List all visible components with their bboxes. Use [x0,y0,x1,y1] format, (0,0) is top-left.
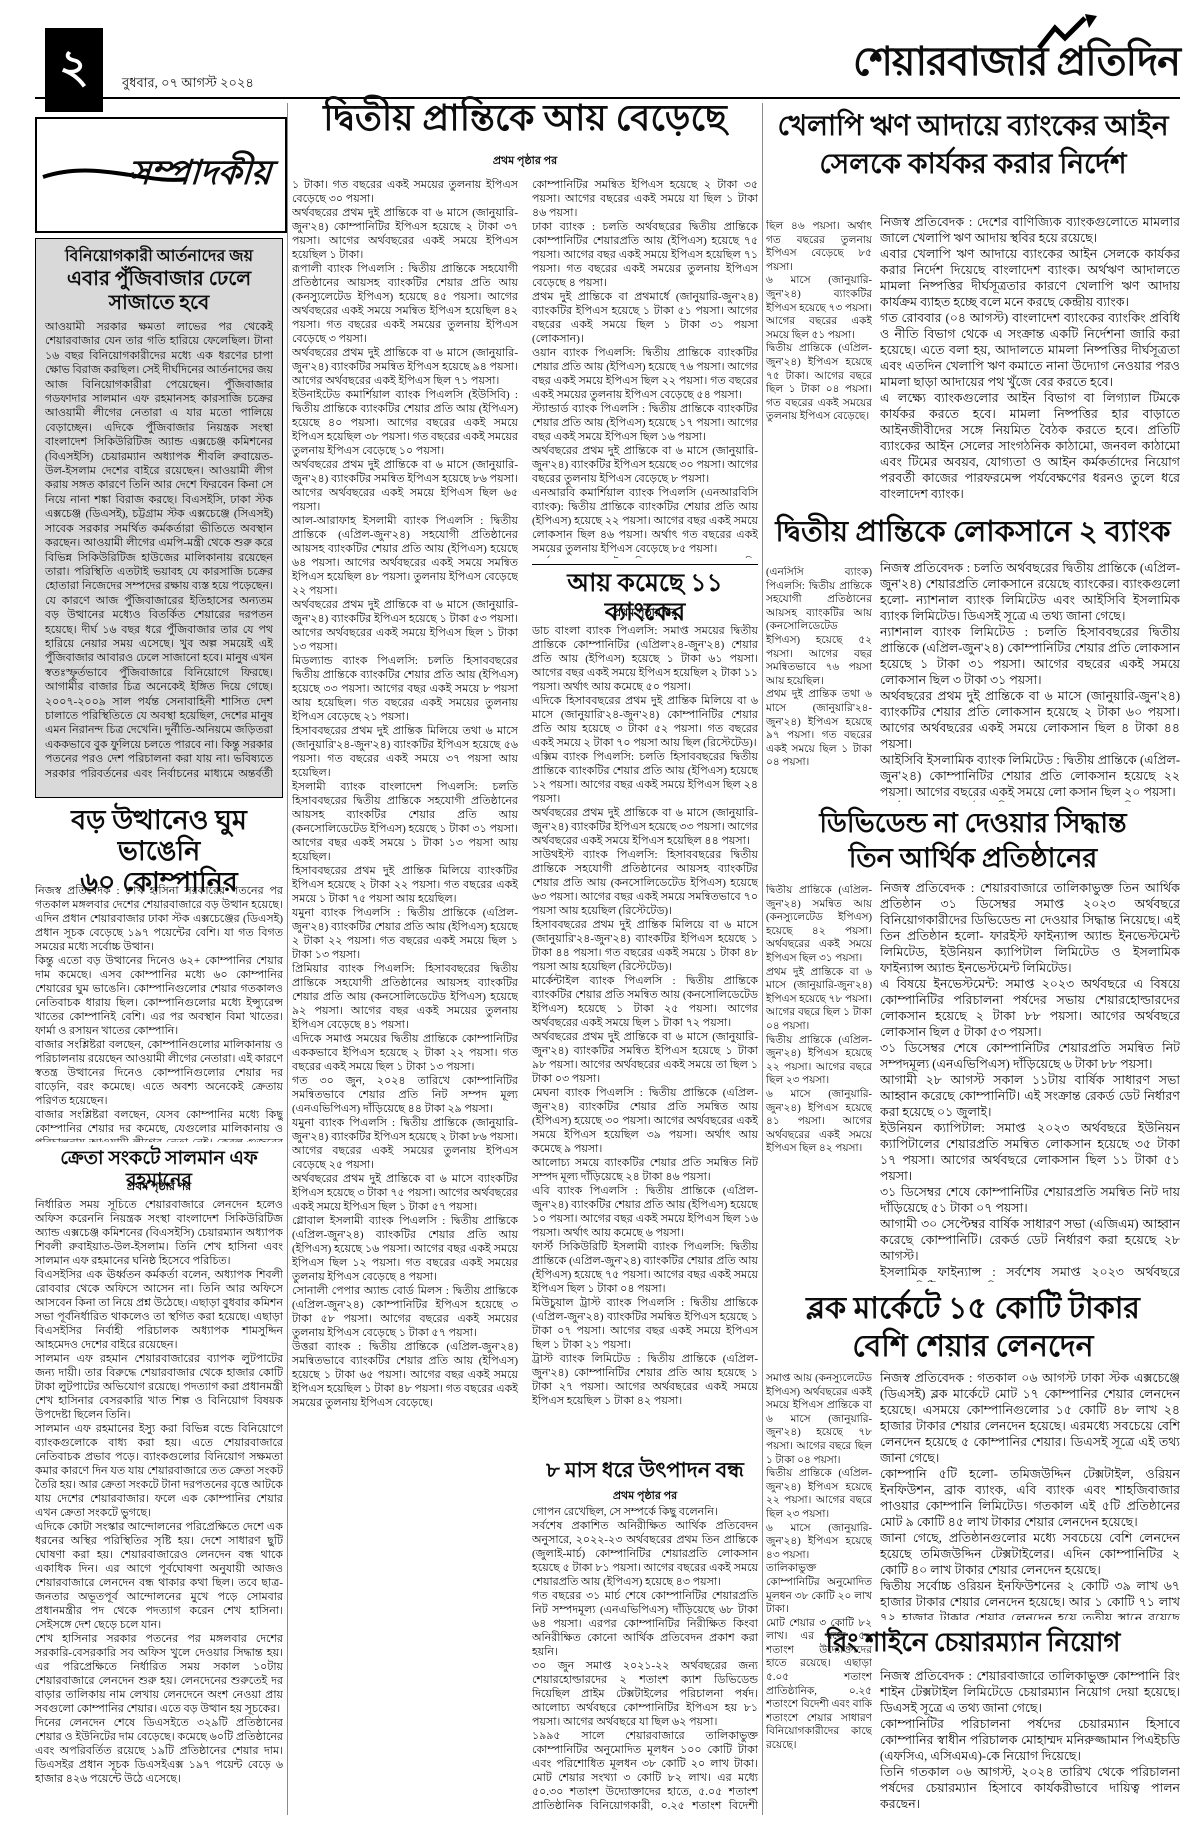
headline-ay-berechhe: দ্বিতীয় প্রান্তিকে আয় বেড়েছে [292,98,758,139]
kicker-production-closed: প্রথম পৃষ্ঠার পর [532,1487,758,1506]
headline-block-market-line2: বেশি শেয়ার লেনদেন [852,1330,1093,1363]
editorial-body: আওয়ামী সরকার ক্ষমতা লাভের পর থেকেই শেয়… [45,320,273,780]
article-ay-berechhe-col2: কোম্পানিটির সমন্বিত ইপিএস হয়েছে ২ টাকা … [532,178,758,558]
continuation-col-segment2: (এনসিসি ব্যাংক) পিএলসি: দ্বিতীয় প্রান্ত… [766,566,872,802]
headline-block-market: ব্লক মার্কেটে ১৫ কোটি টাকার বেশি শেয়ার … [766,1290,1180,1366]
headline-loss-2-banks: দ্বিতীয় প্রান্তিকে লোকসানে ২ ব্যাংক [766,516,1180,549]
kicker-ay-komechhe: প্রথম পৃষ্ঠার পর [532,604,758,623]
headline-ring-shine: রিং শাইনে চেয়ারম্যান নিয়োগ [766,1628,1180,1658]
continuation-col-segment4: সমাপ্ত আয় (কনস্যুলেটেড ইপিএস) অর্থবছরের… [766,1372,872,1800]
kicker-ay-berechhe: প্রথম পৃষ্ঠার পর [292,152,758,171]
column-divider-right [762,103,763,1815]
date-line: বুধবার, ০৭ আগস্ট ২০২৪ [122,74,254,95]
article-loss-2-banks-body: নিজস্ব প্রতিবেদক : চলতি অর্থবছরের দ্বিতী… [880,560,1180,802]
continuation-col-segment1: ছিল ৪৬ পয়সা। অর্থাৎ গত বছরের তুলনায় ইপ… [766,220,872,512]
headline-dividend: ডিভিডেন্ড না দেওয়ার সিদ্ধান্ত তিন আর্থি… [766,806,1180,876]
headline-production-closed: ৮ মাস ধরে উৎপাদন বন্ধ [532,1458,758,1482]
kicker-kreta-sonkot: প্রথম পৃষ্ঠার পর [35,1178,283,1197]
editorial-title-line2: এবার পুঁজিবাজার ঢেলে সাজাতে হবে [45,267,273,315]
headline-khelapi-line1: খেলাপি ঋণ আদায়ে ব্যাংকের আইন [777,111,1168,142]
page-number-box: ২ [45,28,103,112]
article-boro-utthan-body: নিজস্ব প্রতিবেদক : শেখ হাসিনা সরকারের পত… [35,884,283,1142]
headline-khelapi: খেলাপি ঋণ আদায়ে ব্যাংকের আইন সেলকে কার্… [766,108,1180,184]
masthead-arrow-icon [1035,14,1099,54]
article-kreta-sonkot-body: নির্ধারিত সময় সূচিতে শেয়ারবাজারে লেনদে… [35,1198,283,1812]
editorial-section-box: সম্পাদকীয় [35,117,287,233]
article-dividend-body: নিজস্ব প্রতিবেদক : শেয়ারবাজারে তালিকাভু… [880,880,1180,1282]
article-ay-komechhe-body: ডাচ বাংলা ব্যাংক পিএলসি: সমাপ্ত সময়ের দ… [532,624,758,1454]
column-divider-left [287,103,288,1815]
article-block-market-body: নিজস্ব প্রতিবেদক : গতকাল ০৬ আগস্ট ঢাকা স… [880,1370,1180,1620]
headline-block-market-line1: ব্লক মার্কেটে ১৫ কোটি টাকার [806,1292,1140,1325]
article-khelapi-body: নিজস্ব প্রতিবেদক : দেশের বাণিজ্যিক ব্যাং… [880,214,1180,512]
continuation-col-segment3: দ্বিতীয় প্রান্তিকে (এপ্রিল-জুন'২৪) সমন্… [766,884,872,1284]
headline-dividend-line1: ডিভিডেন্ড না দেওয়ার সিদ্ধান্ত [819,808,1126,838]
editorial-article: বিনিয়োগকারী আর্তনাদের জয় এবার পুঁজিবাজ… [35,238,283,798]
headline-dividend-line2: তিন আর্থিক প্রতিষ্ঠানের [849,843,1098,873]
headline-khelapi-line2: সেলকে কার্যকর করার নির্দেশ [819,149,1126,180]
headline-boro-utthan-line1: বড় উত্থানেও ঘুম ভাঙেনি [71,805,247,866]
newspaper-page: ২ বুধবার, ০৭ আগস্ট ২০২৪ শেয়ারবাজার প্রত… [0,0,1200,1843]
article-ay-berechhe-col1: ১ টাকা। গত বছরের একই সময়ের তুলনায় ইপিএ… [292,178,518,1812]
editorial-title-line1: বিনিয়োগকারী আর্তনাদের জয় [45,247,273,267]
article-production-closed-body: গোপন রেখেছিল, সে সম্পর্কে কিছু বলেননি। স… [532,1505,758,1812]
editorial-section-label: সম্পাদকীয় [126,147,273,204]
masthead-title: শেয়ারবাজার প্রতিদিন [850,40,1180,84]
article-ring-shine-body: নিজস্ব প্রতিবেদক : শেয়ারবাজারে তালিকাভু… [880,1668,1180,1808]
